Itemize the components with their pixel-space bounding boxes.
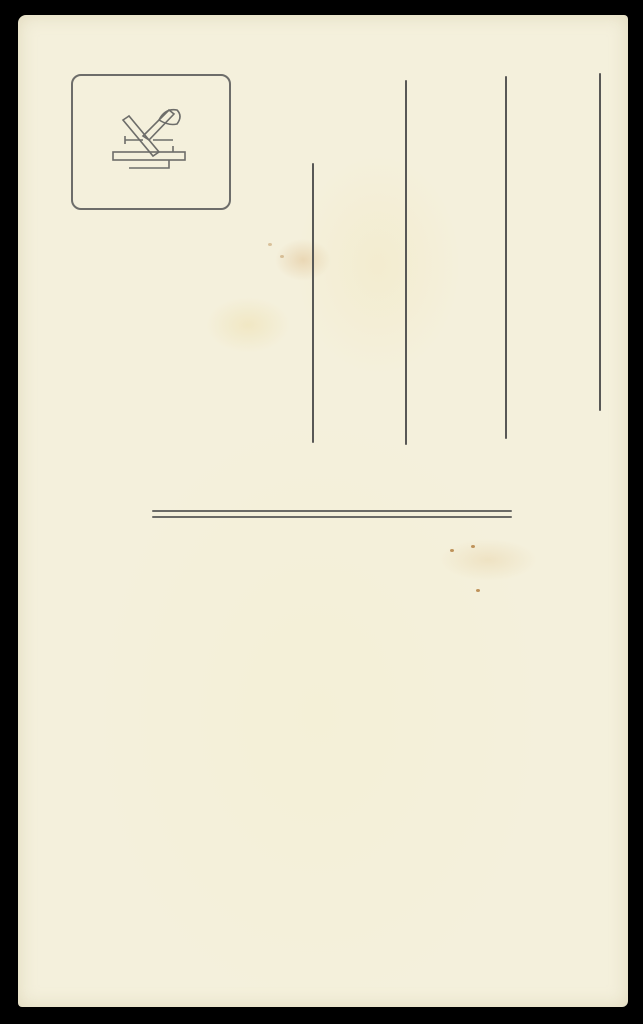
stain bbox=[476, 589, 480, 592]
postcard-text bbox=[18, 15, 19, 16]
message-rule-top bbox=[152, 510, 512, 512]
stain bbox=[268, 243, 272, 246]
address-line-2 bbox=[505, 76, 507, 439]
postcard-back bbox=[18, 15, 628, 1007]
address-line-1 bbox=[405, 80, 407, 445]
stain bbox=[280, 255, 284, 258]
publisher-logo-icon bbox=[73, 76, 233, 212]
address-divider-line bbox=[312, 163, 314, 443]
stain bbox=[450, 549, 454, 552]
address-line-3 bbox=[599, 73, 601, 411]
stamp-box bbox=[71, 74, 231, 210]
message-rule-bottom bbox=[152, 516, 512, 518]
stain bbox=[471, 545, 475, 548]
